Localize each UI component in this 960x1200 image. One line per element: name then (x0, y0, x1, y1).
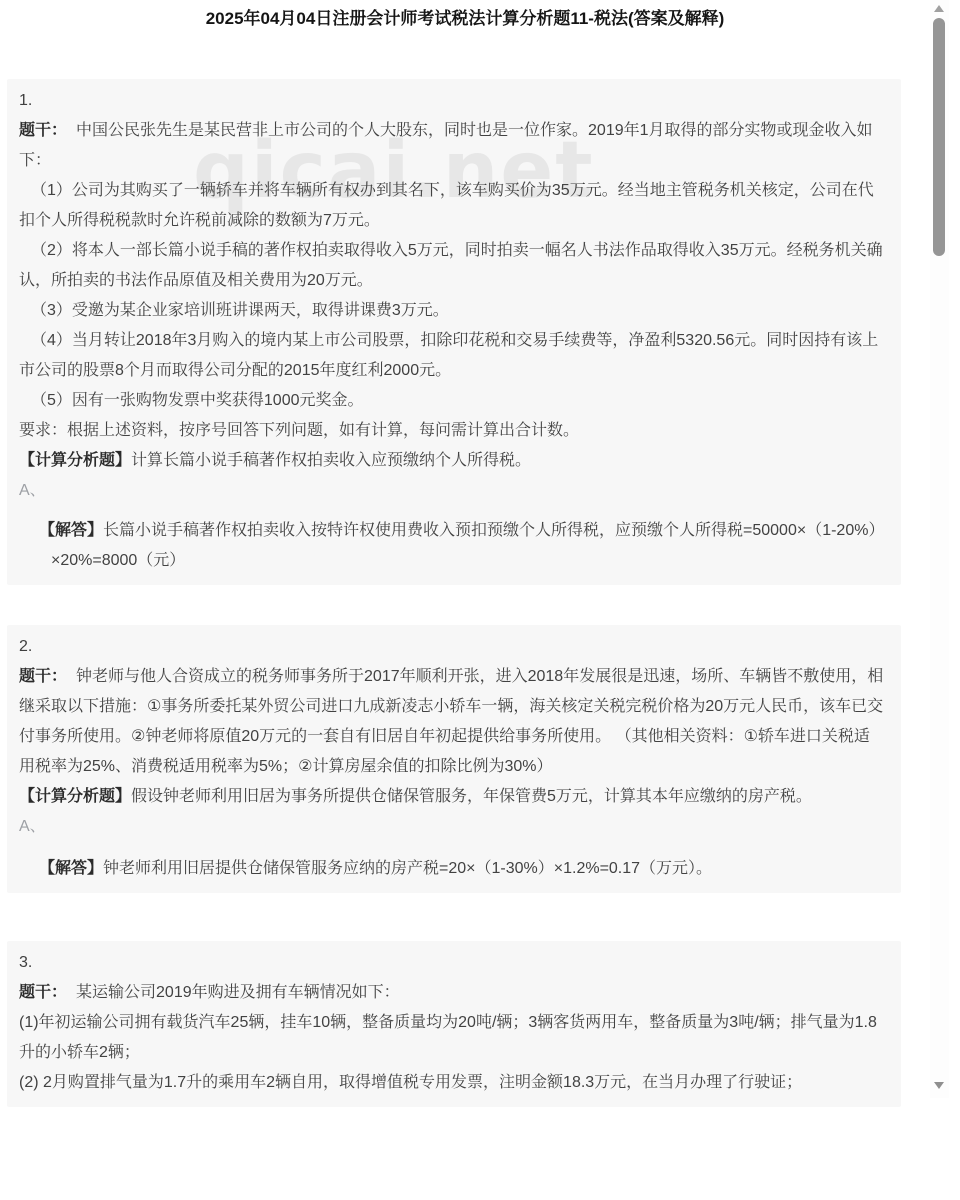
task-text: 假设钟老师利用旧居为事务所提供仓储保管服务，年保管费5万元，计算其本年应缴纳的房… (131, 788, 812, 805)
scrollbar-down-icon[interactable] (934, 1082, 944, 1089)
answer-paragraph: 【解答】钟老师利用旧居提供仓储保管服务应纳的房产税=20×（1-30%）×1.2… (19, 854, 885, 884)
stem-item: （1）公司为其购买了一辆轿车并将车辆所有权办到其名下，该车购买价为35万元。经当… (19, 176, 885, 236)
question-card-1: 1. 题干：中国公民张先生是某民营非上市公司的个人大股东，同时也是一位作家。20… (7, 79, 901, 585)
option-a[interactable]: A、 (19, 812, 885, 842)
task-label: 【计算分析题】 (19, 788, 131, 805)
stem-paragraph: 题干：钟老师与他人合资成立的税务师事务所于2017年顺利开张，进入2018年发展… (19, 662, 885, 782)
answer-text: 钟老师利用旧居提供仓储保管服务应纳的房产税=20×（1-30%）×1.2%=0.… (103, 860, 712, 877)
stem-item: （5）因有一张购物发票中奖获得1000元奖金。 (19, 386, 885, 416)
scrollbar-up-icon[interactable] (934, 5, 944, 12)
answer-label: 【解答】 (39, 860, 103, 877)
stem-label: 题干： (19, 122, 67, 139)
question-card-3: 3. 题干：某运输公司2019年购进及拥有车辆情况如下： (1)年初运输公司拥有… (7, 941, 901, 1107)
stem-item: （4）当月转让2018年3月购入的境内某上市公司股票，扣除印花税和交易手续费等，… (19, 326, 885, 386)
stem-text: 某运输公司2019年购进及拥有车辆情况如下： (76, 984, 400, 1001)
stem-label: 题干： (19, 668, 67, 685)
answer-text: 长篇小说手稿著作权拍卖收入按特许权使用费收入预扣预缴个人所得税，应预缴个人所得税… (51, 522, 884, 569)
page: 2025年04月04日注册会计师考试税法计算分析题11-税法(答案及解释) qi… (0, 0, 960, 1200)
stem-text: 钟老师与他人合资成立的税务师事务所于2017年顺利开张，进入2018年发展很是迅… (19, 668, 883, 775)
stem-item: (2) 2月购置排气量为1.7升的乘用车2辆自用，取得增值税专用发票，注明金额1… (19, 1068, 885, 1098)
question-number: 3. (19, 948, 885, 978)
answer-paragraph: 【解答】长篇小说手稿著作权拍卖收入按特许权使用费收入预扣预缴个人所得税，应预缴个… (19, 516, 885, 576)
page-title: 2025年04月04日注册会计师考试税法计算分析题11-税法(答案及解释) (0, 0, 930, 31)
answer-label: 【解答】 (39, 522, 103, 539)
question-number: 2. (19, 632, 885, 662)
stem-item: （2）将本人一部长篇小说手稿的著作权拍卖取得收入5万元，同时拍卖一幅名人书法作品… (19, 236, 885, 296)
stem-paragraph: 题干：中国公民张先生是某民营非上市公司的个人大股东，同时也是一位作家。2019年… (19, 116, 885, 176)
stem-paragraph: 题干：某运输公司2019年购进及拥有车辆情况如下： (19, 978, 885, 1008)
question-number: 1. (19, 86, 885, 116)
stem-label: 题干： (19, 984, 67, 1001)
option-a[interactable]: A、 (19, 476, 885, 506)
stem-item: （3）受邀为某企业家培训班讲课两天，取得讲课费3万元。 (19, 296, 885, 326)
stem-text: 中国公民张先生是某民营非上市公司的个人大股东，同时也是一位作家。2019年1月取… (19, 122, 873, 169)
question-card-2: 2. 题干：钟老师与他人合资成立的税务师事务所于2017年顺利开张，进入2018… (7, 625, 901, 893)
scrollbar[interactable] (930, 0, 949, 1098)
task-paragraph: 【计算分析题】计算长篇小说手稿著作权拍卖收入应预缴纳个人所得税。 (19, 446, 885, 476)
task-text: 计算长篇小说手稿著作权拍卖收入应预缴纳个人所得税。 (131, 452, 531, 469)
task-paragraph: 【计算分析题】假设钟老师利用旧居为事务所提供仓储保管服务，年保管费5万元，计算其… (19, 782, 885, 812)
requirement-text: 要求：根据上述资料，按序号回答下列问题，如有计算，每问需计算出合计数。 (19, 416, 885, 446)
scrollbar-thumb[interactable] (933, 18, 945, 256)
stem-item: (1)年初运输公司拥有载货汽车25辆，挂车10辆，整备质量均为20吨/辆；3辆客… (19, 1008, 885, 1068)
task-label: 【计算分析题】 (19, 452, 131, 469)
